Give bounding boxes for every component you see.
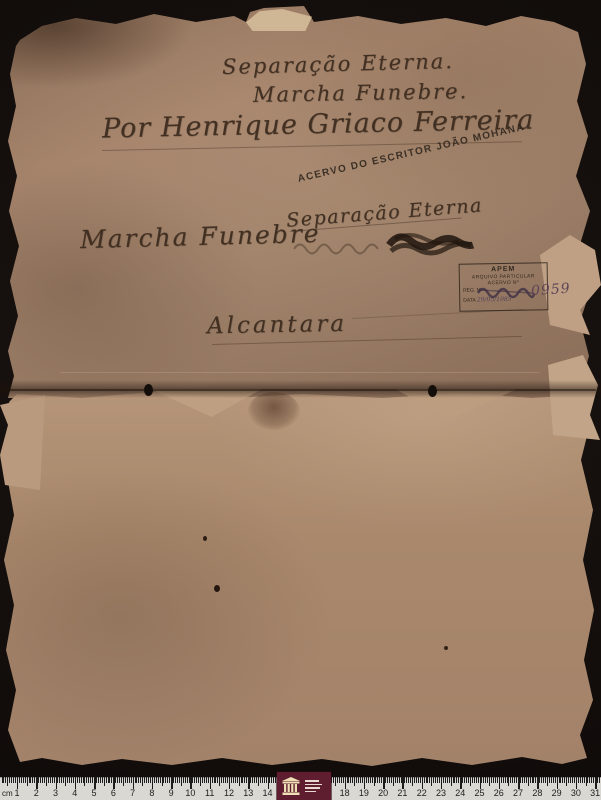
ruler-tick (586, 777, 587, 786)
ruler-tick (505, 777, 506, 783)
ruler-tick (239, 777, 240, 786)
ruler-tick (449, 777, 450, 783)
ruler-tick (106, 777, 107, 783)
ruler-tick (111, 777, 112, 783)
ruler-tick (445, 777, 446, 783)
handwritten-subtitle: Marcha Funebre. (253, 79, 469, 107)
ruler-tick (545, 777, 546, 783)
ruler-tick (48, 777, 49, 783)
ruler-tick (115, 777, 116, 783)
ruler-tick (7, 777, 8, 786)
ruler-tick (408, 777, 409, 783)
ruler-tick (123, 777, 124, 786)
ruler-tick (61, 777, 62, 783)
ruler-tick (32, 777, 33, 783)
ruler-tick (580, 777, 581, 783)
ruler-tick (131, 777, 132, 783)
ruler-tick (424, 777, 425, 783)
ruler-tick (582, 777, 583, 783)
ruler-tick (541, 777, 542, 783)
ruler-tick (584, 777, 585, 783)
ruler-tick (578, 777, 579, 783)
ruler-tick (271, 777, 272, 783)
ruler-tick (254, 777, 255, 783)
ruler-tick (198, 777, 199, 783)
ruler-tick (391, 777, 392, 783)
ruler-number: 21 (397, 788, 407, 798)
torn-paper-flap (0, 395, 45, 490)
ruler-tick (121, 777, 122, 783)
ruler-tick (127, 777, 128, 783)
ruler-tick (453, 777, 454, 783)
ruler-number: 25 (475, 788, 485, 798)
ruler-tick (177, 777, 178, 783)
ruler-tick (495, 777, 496, 783)
ruler-tick (73, 777, 74, 783)
ruler-tick (564, 777, 565, 783)
ruler-tick (83, 777, 84, 783)
ruler-tick (108, 777, 109, 783)
ruler-tick (185, 777, 186, 783)
apem-logo (277, 772, 331, 800)
ruler-tick (429, 777, 430, 783)
archival-photograph: Separação Eterna. Marcha Funebre. Por He… (0, 0, 601, 800)
ruler-tick (520, 777, 521, 783)
ruler-tick (3, 777, 4, 783)
ruler-tick (381, 777, 382, 783)
ruler-tick (175, 777, 176, 783)
ruler-tick (46, 777, 47, 786)
ruler-tick (65, 777, 66, 786)
ruler-tick (362, 777, 363, 783)
ruler-tick (599, 777, 600, 783)
ruler-number: 20 (378, 788, 388, 798)
ruler-tick (426, 777, 427, 783)
ruler-tick (522, 777, 523, 783)
ruler-tick (225, 777, 226, 783)
ruler-tick (202, 777, 203, 783)
ruler-tick (466, 777, 467, 783)
ruler-tick (350, 777, 351, 783)
ruler-tick (341, 777, 342, 783)
ruler-tick (485, 777, 486, 783)
ruler-tick (129, 777, 130, 783)
ruler-tick (241, 777, 242, 783)
ruler-tick (266, 777, 267, 783)
ruler-tick (399, 777, 400, 783)
ruler-tick (370, 777, 371, 783)
ruler-tick (11, 777, 12, 783)
ruler-number: 11 (205, 788, 214, 798)
ruler-tick (530, 777, 531, 783)
ruler-tick (173, 777, 174, 783)
ruler-tick (187, 777, 188, 783)
ruler-tick (29, 777, 30, 783)
ruler-tick (102, 777, 103, 783)
ruler-tick (507, 777, 508, 783)
handwritten-place: Alcantara (207, 311, 347, 339)
ruler-tick (142, 777, 143, 786)
ruler-tick (418, 777, 419, 783)
ruler-tick (389, 777, 390, 783)
ruler-tick (269, 777, 270, 783)
ruler-tick (119, 777, 120, 783)
paper-speck (444, 646, 448, 650)
ruler-tick (491, 777, 492, 783)
ruler-tick (406, 777, 407, 783)
ruler-tick (514, 777, 515, 783)
ruler-tick (591, 777, 592, 783)
ruler-number: 30 (571, 788, 581, 798)
building-columns-icon (280, 775, 302, 797)
ruler-tick (25, 777, 26, 783)
ruler-tick (179, 777, 180, 783)
ruler-tick (414, 777, 415, 783)
registry-reg-value: 0959 (530, 281, 571, 300)
ruler-tick (57, 777, 58, 783)
ruler-tick (528, 777, 529, 786)
ruler-tick (526, 777, 527, 783)
ruler-tick (44, 777, 45, 783)
ruler-tick (512, 777, 513, 783)
ruler-tick (262, 777, 263, 783)
ruler-tick (404, 777, 405, 783)
ruler-tick (104, 777, 105, 786)
paper-speck (203, 536, 207, 541)
ruler-tick (420, 777, 421, 783)
ruler-number: 14 (263, 788, 273, 798)
paper-hole (428, 385, 437, 397)
ruler-tick (117, 777, 118, 783)
ruler-tick (88, 777, 89, 783)
ruler-tick (356, 777, 357, 783)
ruler-tick (358, 777, 359, 783)
ruler-tick (13, 777, 14, 783)
ruler-tick (589, 777, 590, 783)
ruler-tick (215, 777, 216, 783)
ruler-tick (549, 777, 550, 783)
ruler-number: 26 (494, 788, 504, 798)
faint-pencil-squiggle (292, 236, 387, 256)
ruler-tick (470, 777, 471, 786)
ruler-tick (483, 777, 484, 783)
ruler-tick (487, 777, 488, 783)
ruler-tick (42, 777, 43, 783)
ruler-number: 1 (14, 788, 19, 798)
ruler-tick (516, 777, 517, 783)
ruler-tick (456, 777, 457, 783)
ruler-tick (568, 777, 569, 783)
ruler-tick (468, 777, 469, 783)
ruler-number: 31 (590, 788, 600, 798)
ruler-tick (167, 777, 168, 783)
paper-crease (60, 372, 540, 373)
ruler-tick (464, 777, 465, 783)
ruler-tick (474, 777, 475, 783)
ruler-tick (416, 777, 417, 783)
paper-speck (214, 585, 220, 592)
ruler-tick (539, 777, 540, 783)
ruler-tick (366, 777, 367, 783)
ruler-tick (570, 777, 571, 783)
ruler-tick (375, 777, 376, 783)
ruler-tick (244, 777, 245, 783)
ruler-tick (401, 777, 402, 783)
ruler-tick (98, 777, 99, 783)
ruler-tick (478, 777, 479, 783)
ruler-number: 23 (436, 788, 446, 798)
ruler-tick (503, 777, 504, 783)
ruler-tick (235, 777, 236, 783)
ruler-number: 9 (169, 788, 174, 798)
ruler-tick (165, 777, 166, 783)
ruler-tick (374, 777, 375, 786)
ruler-tick (368, 777, 369, 783)
ruler-tick (183, 777, 184, 783)
ruler-tick (181, 777, 182, 786)
ruler-tick (593, 777, 594, 783)
ruler-number: 3 (53, 788, 58, 798)
ruler-tick (217, 777, 218, 783)
ruler-number: 6 (111, 788, 116, 798)
ruler-tick (136, 777, 137, 783)
ruler-tick (476, 777, 477, 783)
ruler-tick (335, 777, 336, 786)
ruler-tick (204, 777, 205, 783)
ruler-tick (237, 777, 238, 783)
ruler-tick (497, 777, 498, 783)
ruler-tick (574, 777, 575, 783)
ruler-tick (192, 777, 193, 783)
ruler-tick (194, 777, 195, 783)
ruler-tick (250, 777, 251, 783)
ruler-tick (566, 777, 567, 786)
ruler-tick (489, 777, 490, 786)
ruler-tick (433, 777, 434, 783)
ruler-tick (71, 777, 72, 783)
ruler-tick (472, 777, 473, 783)
ruler-tick (385, 777, 386, 783)
ruler-tick (597, 777, 598, 783)
ruler-tick (219, 777, 220, 786)
ruler-number: 13 (243, 788, 253, 798)
ruler-tick (30, 777, 31, 783)
ruler-tick (233, 777, 234, 783)
ruler-tick (196, 777, 197, 783)
ruler-unit-label: cm (2, 789, 13, 798)
ruler-tick (214, 777, 215, 783)
ruler-tick (90, 777, 91, 783)
ruler-tick (77, 777, 78, 783)
ruler-tick (559, 777, 560, 783)
ruler-tick (154, 777, 155, 783)
registry-strikethrough-scribble (476, 285, 536, 299)
ruler-tick (208, 777, 209, 783)
ruler-number: 12 (224, 788, 234, 798)
ruler-tick (451, 777, 452, 786)
ruler-tick (144, 777, 145, 783)
ruler-tick (2, 777, 3, 783)
ruler-tick (40, 777, 41, 783)
ink-stain (248, 392, 300, 430)
ruler-tick (372, 777, 373, 783)
fold-line (4, 389, 596, 391)
ruler-tick (410, 777, 411, 783)
ruler-tick (140, 777, 141, 783)
ruler-tick (221, 777, 222, 783)
ruler-number: 22 (417, 788, 427, 798)
ruler-tick (96, 777, 97, 783)
ruler-tick (223, 777, 224, 783)
ruler-tick (435, 777, 436, 783)
ruler-tick (84, 777, 85, 786)
ruler-number: 24 (455, 788, 465, 798)
ruler-tick (200, 777, 201, 786)
paper-hole (144, 384, 153, 396)
ruler-tick (412, 777, 413, 786)
ruler-tick (510, 777, 511, 783)
ruler-tick (59, 777, 60, 783)
registry-date-label: DATA (463, 297, 475, 303)
ruler-tick (493, 777, 494, 783)
ruler-tick (443, 777, 444, 783)
ruler-tick (67, 777, 68, 783)
ruler-tick (427, 777, 428, 783)
ruler-tick (148, 777, 149, 783)
ruler-tick (352, 777, 353, 783)
ruler-tick (212, 777, 213, 783)
ruler-tick (393, 777, 394, 786)
ruler-tick (227, 777, 228, 783)
ruler-number: 4 (72, 788, 77, 798)
ruler-tick (454, 777, 455, 783)
ruler-number: 19 (359, 788, 369, 798)
ruler-tick (5, 777, 6, 783)
ruler-tick (246, 777, 247, 783)
ruler-tick (462, 777, 463, 783)
ruler-tick (231, 777, 232, 783)
ruler-tick (331, 777, 332, 783)
ruler-tick (339, 777, 340, 783)
ruler-number: 7 (130, 788, 135, 798)
ruler-number: 18 (340, 788, 350, 798)
ruler-number: 29 (552, 788, 562, 798)
ruler-number: 10 (185, 788, 195, 798)
ruler-tick (206, 777, 207, 783)
logo-text-lines (305, 780, 322, 792)
ruler-tick (27, 777, 28, 786)
ruler-tick (156, 777, 157, 783)
ruler-tick (560, 777, 561, 783)
ruler-tick (138, 777, 139, 783)
ruler-tick (508, 777, 509, 786)
ruler-tick (360, 777, 361, 783)
ruler-tick (532, 777, 533, 783)
ruler-tick (458, 777, 459, 783)
manuscript-back-page (2, 388, 599, 768)
ruler-tick (337, 777, 338, 783)
ruler-tick (333, 777, 334, 783)
ruler-tick (256, 777, 257, 783)
ruler-tick (50, 777, 51, 783)
ruler-tick (481, 777, 482, 783)
ruler-tick (260, 777, 261, 783)
ruler-tick (23, 777, 24, 783)
ruler-tick (439, 777, 440, 783)
ruler-tick (15, 777, 16, 783)
ruler-tick (252, 777, 253, 783)
ruler-tick (553, 777, 554, 783)
ruler-tick (163, 777, 164, 783)
ruler-tick (258, 777, 259, 786)
ruler-tick (264, 777, 265, 783)
ruler-tick (81, 777, 82, 783)
ruler-number: 27 (513, 788, 523, 798)
ruler-tick (397, 777, 398, 783)
ruler-tick (92, 777, 93, 783)
ruler-number: 5 (92, 788, 97, 798)
ruler-tick (86, 777, 87, 783)
ruler-tick (150, 777, 151, 783)
ruler-tick (146, 777, 147, 783)
ruler-tick (100, 777, 101, 783)
ruler-tick (535, 777, 536, 783)
ruler-tick (431, 777, 432, 786)
ruler-tick (54, 777, 55, 783)
ruler-tick (437, 777, 438, 783)
ruler-tick (169, 777, 170, 783)
ruler-number: 8 (149, 788, 154, 798)
ruler-number: 2 (34, 788, 39, 798)
ruler-tick (21, 777, 22, 783)
ruler-tick (501, 777, 502, 783)
ruler-tick (158, 777, 159, 783)
ruler-tick (387, 777, 388, 783)
ruler-tick (547, 777, 548, 786)
ruler-tick (162, 777, 163, 786)
ruler-tick (63, 777, 64, 783)
ruler-tick (587, 777, 588, 783)
ruler-tick (242, 777, 243, 783)
ruler-tick (19, 777, 20, 783)
ruler-number: 28 (532, 788, 542, 798)
ruler-tick (135, 777, 136, 783)
ink-scribble (385, 227, 477, 259)
ruler-tick (125, 777, 126, 783)
ruler-tick (34, 777, 35, 783)
ruler-tick (348, 777, 349, 783)
ruler-tick (273, 777, 274, 783)
ruler-tick (189, 777, 190, 783)
ruler-tick (109, 777, 110, 783)
ruler-tick (543, 777, 544, 783)
ruler-tick (562, 777, 563, 783)
ruler-tick (524, 777, 525, 783)
ruler-tick (79, 777, 80, 783)
ruler-tick (447, 777, 448, 783)
ruler-tick (555, 777, 556, 783)
ruler-tick (551, 777, 552, 783)
ruler-tick (354, 777, 355, 786)
ruler-tick (69, 777, 70, 783)
ruler-tick (9, 777, 10, 783)
ruler-tick (395, 777, 396, 783)
ruler-tick (347, 777, 348, 783)
ruler-tick (533, 777, 534, 783)
ruler-tick (379, 777, 380, 783)
ruler-tick (343, 777, 344, 783)
ruler-tick (52, 777, 53, 783)
